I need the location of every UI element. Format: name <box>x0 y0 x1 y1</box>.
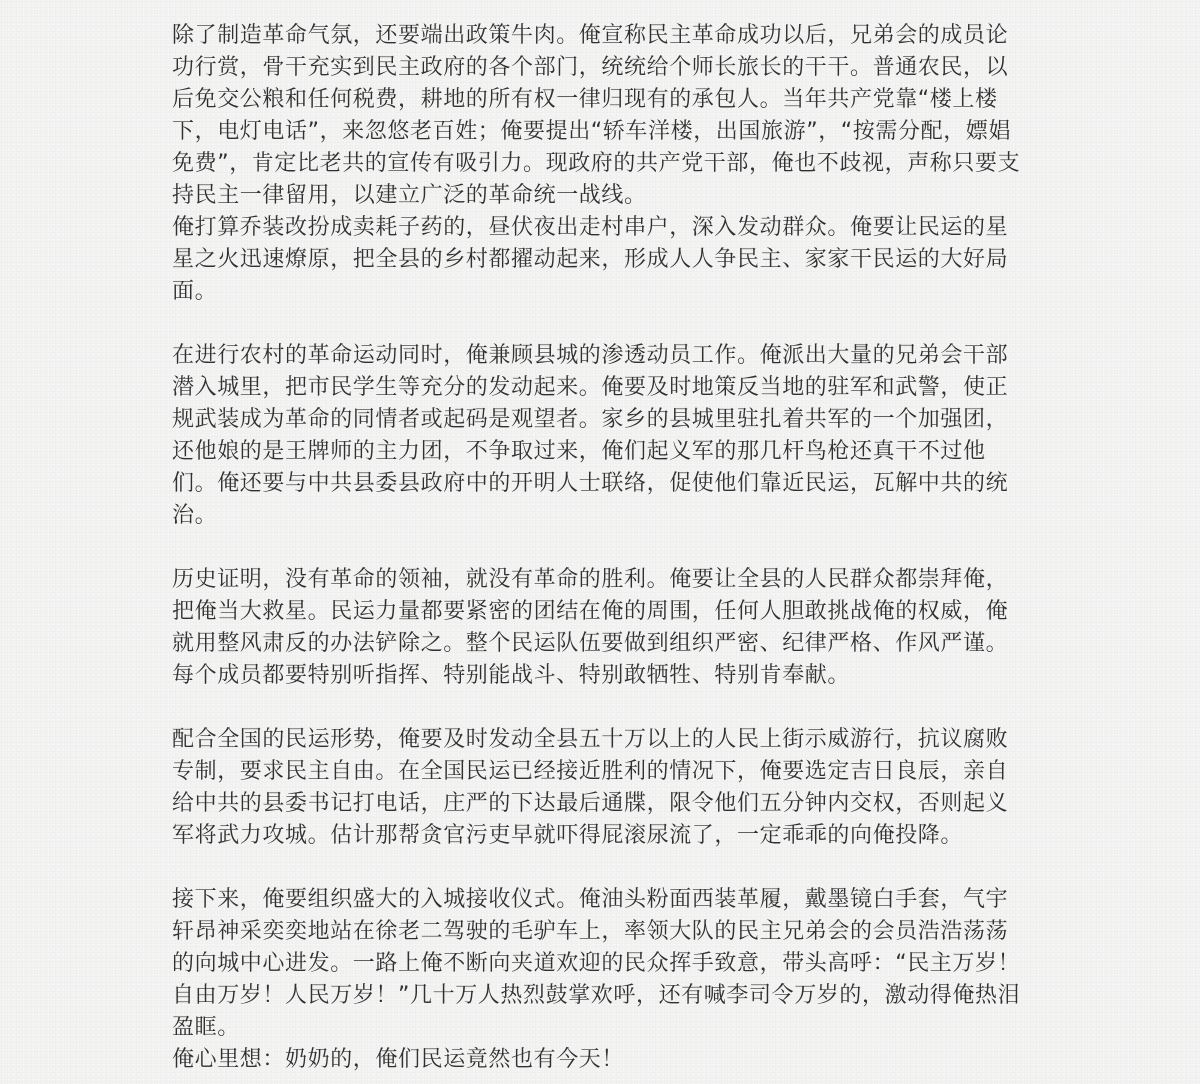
paragraph-leadership: 历史证明，没有革命的领袖，就没有革命的胜利。俺要让全县的人民群众都崇拜俺， 把俺… <box>172 564 1042 692</box>
paragraph-spacer <box>172 852 1042 884</box>
text-line: 潜入城里，把市民学生等充分的发动起来。俺要及时地策反当地的驻军和武警，使正 <box>172 372 1042 404</box>
text-line: 配合全国的民运形势，俺要及时发动全县五十万以上的人民上街示威游行，抗议腐败 <box>172 724 1042 756</box>
paragraph-spacer <box>172 308 1042 340</box>
text-line: 轩昂神采奕奕地站在徐老二驾驶的毛驴车上，率领大队的民主兄弟会的会员浩浩荡荡 <box>172 916 1042 948</box>
text-line: 面。 <box>172 276 1042 308</box>
text-line: 功行赏，骨干充实到民主政府的各个部门，统统给个师长旅长的干干。普通农民，以 <box>172 52 1042 84</box>
document-body: 除了制造革命气氛，还要端出政策牛肉。俺宣称民主革命成功以后，兄弟会的成员论 功行… <box>172 20 1042 1076</box>
text-line: 除了制造革命气氛，还要端出政策牛肉。俺宣称民主革命成功以后，兄弟会的成员论 <box>172 20 1042 52</box>
text-line: 规武装成为革命的同情者或起码是观望者。家乡的县城里驻扎着共军的一个加强团， <box>172 404 1042 436</box>
text-line: 自由万岁！人民万岁！”几十万人热烈鼓掌欢呼，还有喊李司令万岁的，激动得俺热泪 <box>172 980 1042 1012</box>
text-line: 就用整风肃反的办法铲除之。整个民运队伍要做到组织严密、纪律严格、作风严谨。 <box>172 628 1042 660</box>
paragraph-policy: 除了制造革命气氛，还要端出政策牛肉。俺宣称民主革命成功以后，兄弟会的成员论 功行… <box>172 20 1042 212</box>
paragraph-conclusion: 俺心里想：奶奶的，俺们民运竟然也有今天！ <box>172 1044 1042 1076</box>
text-line: 俺心里想：奶奶的，俺们民运竟然也有今天！ <box>172 1044 1042 1076</box>
text-line: 每个成员都要特别听指挥、特别能战斗、特别敢牺牲、特别肯奉献。 <box>172 660 1042 692</box>
text-line: 把俺当大救星。民运力量都要紧密的团结在俺的周围，任何人胆敢挑战俺的权威，俺 <box>172 596 1042 628</box>
text-line: 给中共的县委书记打电话，庄严的下达最后通牒，限令他们五分钟内交权，否则起义 <box>172 788 1042 820</box>
text-line: 历史证明，没有革命的领袖，就没有革命的胜利。俺要让全县的人民群众都崇拜俺， <box>172 564 1042 596</box>
paragraph-protest: 配合全国的民运形势，俺要及时发动全县五十万以上的人民上街示威游行，抗议腐败 专制… <box>172 724 1042 852</box>
paragraph-city-infiltration: 在进行农村的革命运动同时，俺兼顾县城的渗透动员工作。俺派出大量的兄弟会干部 潜入… <box>172 340 1042 532</box>
text-line: 免费”，肯定比老共的宣传有吸引力。现政府的共产党干部，俺也不歧视，声称只要支 <box>172 148 1042 180</box>
text-line: 专制，要求民主自由。在全国民运已经接近胜利的情况下，俺要选定吉日良辰，亲自 <box>172 756 1042 788</box>
text-line: 们。俺还要与中共县委县政府中的开明人士联络，促使他们靠近民运，瓦解中共的统 <box>172 468 1042 500</box>
paragraph-disguise: 俺打算乔装改扮成卖耗子药的，昼伏夜出走村串户，深入发动群众。俺要让民运的星 星之… <box>172 212 1042 308</box>
text-line: 盈眶。 <box>172 1012 1042 1044</box>
text-line: 治。 <box>172 500 1042 532</box>
text-line: 下，电灯电话”，来忽悠老百姓；俺要提出“轿车洋楼，出国旅游”，“按需分配，嫖娼 <box>172 116 1042 148</box>
paragraph-spacer <box>172 532 1042 564</box>
text-line: 的向城中心进发。一路上俺不断向夹道欢迎的民众挥手致意，带头高呼：“民主万岁！ <box>172 948 1042 980</box>
text-line: 持民主一律留用，以建立广泛的革命统一战线。 <box>172 180 1042 212</box>
paragraph-ceremony: 接下来，俺要组织盛大的入城接收仪式。俺油头粉面西装革履，戴墨镜白手套，气宇 轩昂… <box>172 884 1042 1044</box>
text-line: 后免交公粮和任何税费，耕地的所有权一律归现有的承包人。当年共产党靠“楼上楼 <box>172 84 1042 116</box>
text-line: 接下来，俺要组织盛大的入城接收仪式。俺油头粉面西装革履，戴墨镜白手套，气宇 <box>172 884 1042 916</box>
text-line: 星之火迅速燎原，把全县的乡村都擢动起来，形成人人争民主、家家干民运的大好局 <box>172 244 1042 276</box>
text-line: 军将武力攻城。估计那帮贪官污吏早就吓得屁滚尿流了，一定乖乖的向俺投降。 <box>172 820 1042 852</box>
text-line: 还他娘的是王牌师的主力团，不争取过来，俺们起义军的那几杆鸟枪还真干不过他 <box>172 436 1042 468</box>
text-line: 在进行农村的革命运动同时，俺兼顾县城的渗透动员工作。俺派出大量的兄弟会干部 <box>172 340 1042 372</box>
paragraph-spacer <box>172 692 1042 724</box>
text-line: 俺打算乔装改扮成卖耗子药的，昼伏夜出走村串户，深入发动群众。俺要让民运的星 <box>172 212 1042 244</box>
